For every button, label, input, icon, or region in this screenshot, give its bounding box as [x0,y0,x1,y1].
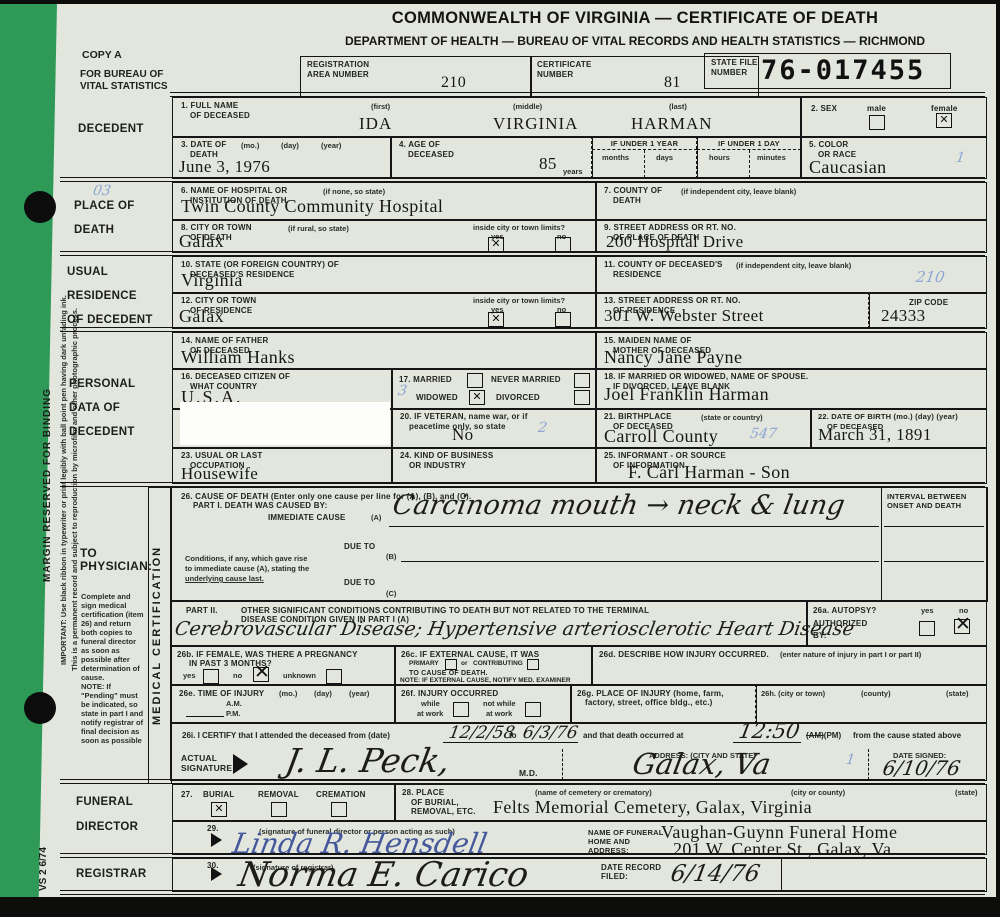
date-record-filed-value: 6/14/76 [669,861,762,887]
field-22-date-of-birth: 22. DATE OF BIRTH (mo.) (day) (year)OF D… [810,408,987,449]
field-3-date-of-death: 3. DATE OFDEATH (mo.) (day) (year) June … [172,136,392,179]
separator-place [60,177,985,182]
pregnancy-unknown-checkbox [326,669,342,684]
cremation-checkbox [331,802,347,817]
field-24-business: 24. KIND OF BUSINESSOR INDUSTRY [391,447,597,484]
death-city-limits-yes: ✕ [488,237,504,252]
separator-funeral [60,779,985,784]
residence-city-limits-yes: ✕ [488,312,504,327]
margin-permanent-text: This is a permanent record and subject t… [70,290,79,690]
field-27-disposition: 27. BURIAL REMOVAL CREMATION ✕ [172,784,396,822]
separator-personal [60,327,985,332]
registrar-signature-arrow-icon [211,867,222,881]
burial-place-value: Felts Memorial Cemetery, Galax, Virginia [493,797,812,818]
autopsy-yes-checkbox [919,621,935,636]
field-15-mother: 15. MAIDEN NAME OFMOTHER OF DECEASED Nan… [595,332,987,370]
separator-top [170,92,985,97]
section-place-1: PLACE OF [74,200,135,212]
death-time: 12:50 [737,719,802,743]
field-26c-external-cause: 26c. IF EXTERNAL CAUSE, IT WAS PRIMARY o… [394,645,593,686]
section-personal-2: DATA OF [69,402,120,414]
field-25-informant: 25. INFORMANT - OR SOURCEOF INFORMATION … [595,447,987,484]
external-contributing-checkbox [527,659,539,670]
state-file-box: STATE FILENUMBER 76-017455 [704,53,951,89]
field-9-death-address: 9. STREET ADDRESS OR RT. NO.OF PLACE OF … [595,219,987,253]
divorced-checkbox [574,390,590,405]
state-residence-value: Virginia [181,270,243,291]
removal-checkbox [271,802,287,817]
residence-city-limits-no [555,312,571,327]
years-label: years [563,167,583,176]
spouse-value: Joel Franklin Harman [604,384,769,405]
section-usual-3: OF DECEDENT [67,314,153,326]
field-14-father: 14. NAME OF FATHEROF DECEASED William Ha… [172,332,597,370]
page-subtitle: DEPARTMENT OF HEALTH — BUREAU OF VITAL R… [280,34,990,48]
age-value: 85 [539,154,557,174]
registrar-signature: Norma E. Carico [235,855,531,895]
informant-value: F. Carl Harman - Son [628,462,790,483]
field-26f-injury-occurred: 26f. INJURY OCCURRED while at work not w… [394,684,572,724]
field-26b-pregnancy: 26b. IF FEMALE, WAS THERE A PREGNANCY IN… [170,645,396,686]
pregnancy-no-checkbox: ✕ [253,667,269,682]
medical-certification-bar: MEDICAL CERTIFICATION [148,487,172,784]
last-name-value: HARMAN [631,114,713,134]
death-address-value: 200 Hospital Drive [606,232,744,252]
interval-column: INTERVAL BETWEEN ONSET AND DEATH [881,487,988,602]
hospital-value: Twin County Community Hospital [181,196,443,217]
field-2-sex: 2. SEX male female ✕ [800,97,987,138]
field-26d-how-injury: 26d. DESCRIBE HOW INJURY OCCURRED. (ente… [591,645,987,686]
occupation-value: Housewife [181,464,258,484]
field-21-birthplace: 21. BIRTHPLACEOF DECEASED (state or coun… [595,408,812,449]
to-physician-2: PHYSICIAN: [80,559,152,573]
married-checkbox [467,373,483,388]
separator-residence [60,251,985,256]
cert-number-value: 81 [664,74,681,92]
separator-bottom [60,890,985,895]
reg-area-label: REGISTRATION [307,60,531,70]
field-26-cause-of-death: 26. CAUSE OF DEATH (Enter only one cause… [170,487,987,602]
death-city-limits-no [555,237,571,252]
field-26a-autopsy: 26a. AUTOPSY? AUTHORIZED BY: yes no ✕ [806,600,987,647]
field-12-city-residence: 12. CITY OR TOWNOF RESIDENCE inside city… [172,292,597,329]
separator-registrar [60,853,985,858]
zip-value: 24333 [881,306,926,326]
separator-medical [60,482,985,487]
pending-note: NOTE: If "Pending" must be indicated, so… [81,682,145,745]
father-value: William Hanks [181,347,295,368]
field-20-veteran: 20. IF VETERAN, name war, or ifpeacetime… [391,408,597,449]
autopsy-no-checkbox: ✕ [954,619,970,634]
last-label: (last) [669,102,687,111]
middle-name-value: VIRGINIA [493,114,578,134]
date-of-birth-value: March 31, 1891 [818,425,932,445]
field-28-place-of-burial: 28. PLACEOF BURIAL,REMOVAL, ETC. (name o… [394,784,987,822]
field-17-marital-status: 17. MARRIED NEVER MARRIED WIDOWED ✕ DIVO… [391,368,597,410]
section-registrar: REGISTRAR [76,868,146,880]
to-physician-1: TO [80,546,97,560]
birthplace-value: Carroll County [604,426,718,447]
field-10-state-residence: 10. STATE (OR FOREIGN COUNTRY) OFDECEASE… [172,256,597,294]
if-under-1-year: IF UNDER 1 YEAR months days [591,136,698,179]
field-13-residence-address: 13. STREET ADDRESS OR RT. NO.OF RESIDENC… [595,292,870,329]
physician-address: Galax, Va [630,747,773,781]
copy-label: COPY A [82,49,122,61]
section-funeral-2: DIRECTOR [76,821,138,833]
field-26g-place-of-injury: 26g. PLACE OF INJURY (home, farm, factor… [570,684,757,724]
cause-a-handwriting: Carcinoma mouth → neck & lung [390,490,847,521]
injury-at-work-checkbox [453,702,469,717]
date-signed: 6/10/76 [881,756,962,780]
field-7-county-of-death: 7. COUNTY OFDEATH (if independent city, … [595,182,987,221]
race-value: Caucasian [809,157,887,178]
attended-to-date: 6/3/76 [521,723,579,743]
field-13-zip: ZIP CODE 24333 [868,292,987,329]
first-label: (first) [371,102,390,111]
field-8-city-of-death: 8. CITY OR TOWNOF DEATH (if rural, so st… [172,219,597,253]
margin-binding-text: MARGIN RESERVED FOR BINDING [42,330,53,640]
male-checkbox [869,115,885,130]
annotation-place-code: 03 [92,183,112,199]
section-personal-3: DECEDENT [69,426,135,438]
field-29-funeral-director: 29. (signature of funeral director or pe… [172,820,987,855]
middle-label: (middle) [513,102,542,111]
annotation-county-code: 210 [915,268,946,286]
punch-hole-bottom [24,692,56,724]
bureau-label-2: VITAL STATISTICS [80,81,168,92]
field-4-age: 4. AGE OFDECEASED 85 years [390,136,593,179]
section-funeral-1: FUNERAL [76,796,133,808]
field-23-occupation: 23. USUAL OR LASTOCCUPATION Housewife [172,447,393,484]
punch-hole-top [24,191,56,223]
section-usual-1: USUAL [67,266,108,278]
death-city-value: Galax [179,231,224,252]
attended-from-date: 12/2/58 [447,723,516,743]
injury-not-at-work-checkbox [525,702,541,717]
veteran-value: No [452,425,474,445]
field-18-spouse: 18. IF MARRIED OR WIDOWED, NAME OF SPOUS… [595,368,987,410]
first-name-value: IDA [359,114,392,134]
residence-address-value: 301 W. Webster Street [604,306,764,326]
section-personal-1: PERSONAL [69,378,135,390]
part-2-handwriting: Cerebrovascular Disease; Hypertensive ar… [173,618,856,640]
form-code: VS 2 6/74 [38,833,49,905]
if-under-1-day: IF UNDER 1 DAY hours minutes [696,136,802,179]
residence-city-value: Galax [179,306,224,327]
physician-signature: J. L. Peck, [283,741,454,780]
state-file-value: 76-017455 [761,55,925,86]
field-26e-time-of-injury: 26e. TIME OF INJURY (mo.) (day) (year) A… [170,684,396,724]
section-usual-2: RESIDENCE [67,290,137,302]
physician-note: Complete and sign medical certification … [81,592,145,682]
bureau-label-1: FOR BUREAU OF [80,69,163,80]
female-checkbox: ✕ [936,113,952,128]
reg-area-value: 210 [441,74,466,92]
part-2-conditions: PART II. OTHER SIGNIFICANT CONDITIONS CO… [170,600,808,647]
signature-arrow-icon [233,754,248,774]
field-1-full-name: 1. FULL NAMEOF DECEASED (first) (middle)… [172,97,802,138]
pregnancy-yes-checkbox [203,669,219,684]
section-decedent: DECEDENT [78,123,144,135]
field-26h-injury-location: 26h. (city or town) (county) (state) [755,684,987,724]
section-place-2: DEATH [74,224,114,236]
burial-checkbox: ✕ [211,802,227,817]
widowed-checkbox: ✕ [469,390,485,405]
field-26i-certify: 26i. I CERTIFY that I attended the decea… [170,722,987,781]
never-married-checkbox [574,373,590,388]
page-title: COMMONWEALTH OF VIRGINIA — CERTIFICATE O… [280,9,990,28]
field-30-registrar: 30. (signature of registrar) Norma E. Ca… [172,858,987,892]
redaction-box [180,402,390,445]
funeral-signature-arrow-icon [211,833,222,847]
date-of-death-value: June 3, 1976 [179,157,270,177]
mother-value: Nancy Jane Payne [604,347,742,368]
field-6-hospital: 6. NAME OF HOSPITAL ORINSTITUTION OF DEA… [172,182,597,221]
annotation-birthplace-code: 547 [749,426,778,442]
